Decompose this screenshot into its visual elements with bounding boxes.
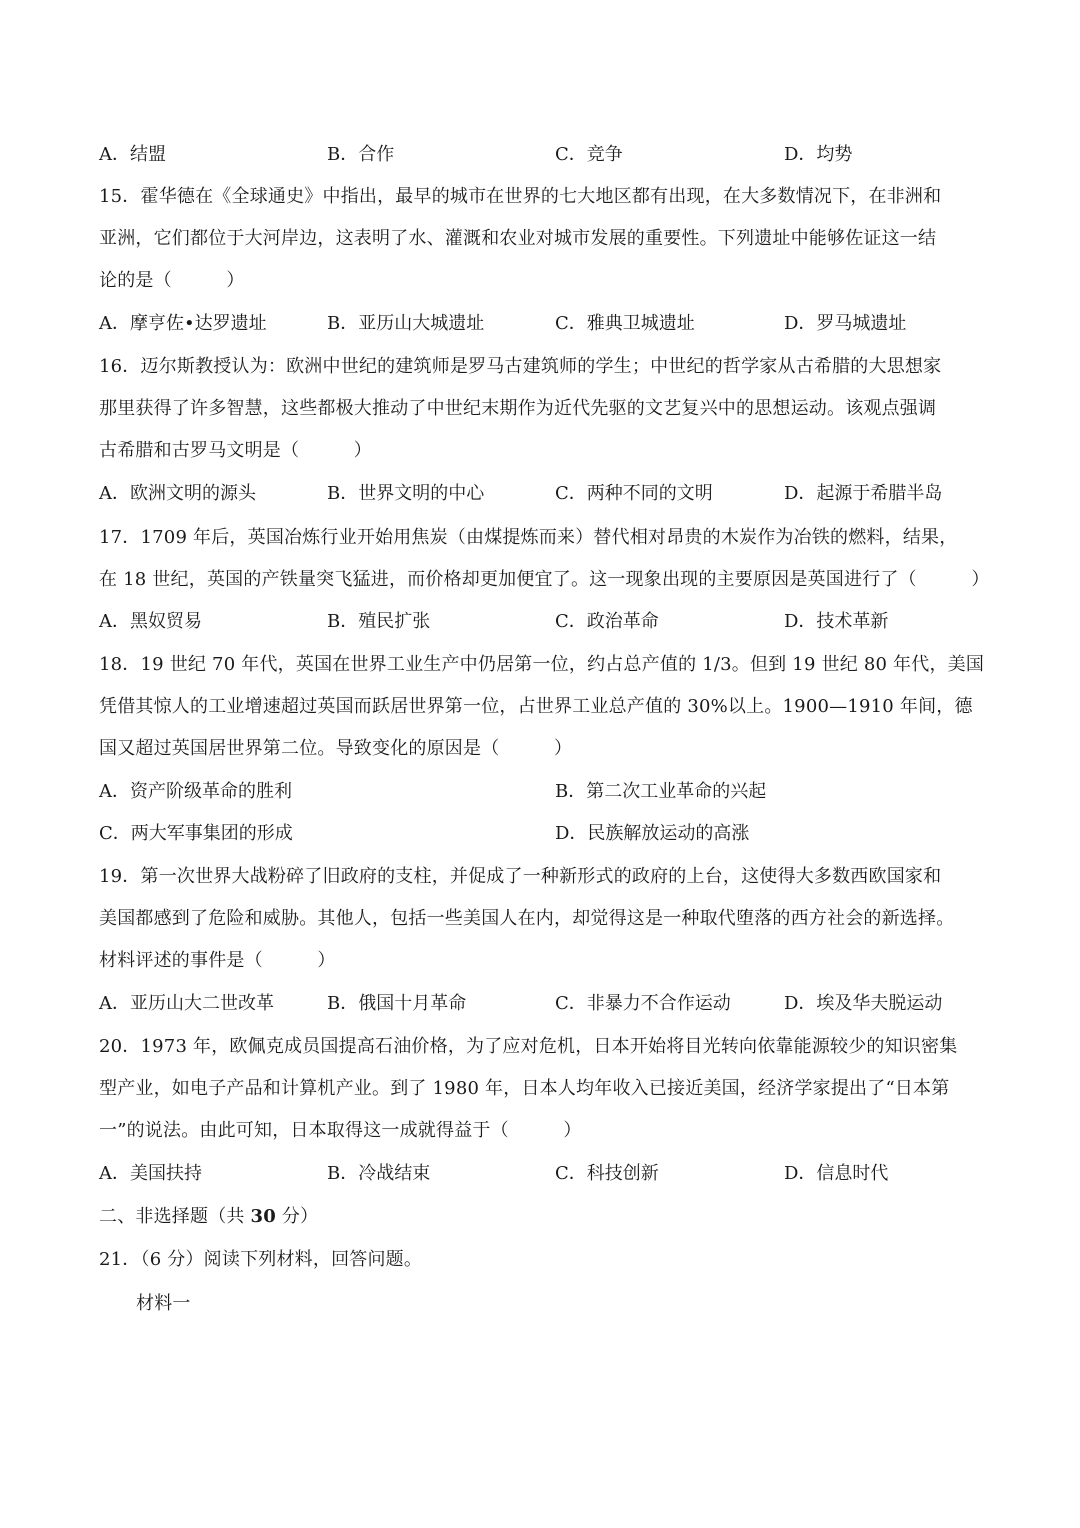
q15-stem-line: 15．霍华德在《全球通史》中指出，最早的城市在世界的七大地区都有出现，在大多数情…: [99, 185, 941, 209]
q20-stem-line: 20．1973 年，欧佩克成员国提高石油价格，为了应对危机，日本开始将目光转向依…: [99, 1035, 957, 1059]
q17-option-b: B．殖民扩张: [327, 610, 430, 634]
q16-option-d: D．起源于希腊半岛: [784, 482, 942, 506]
q14-option-b: B．合作: [327, 143, 394, 167]
q20-option-d: D．信息时代: [784, 1162, 888, 1186]
q17-option-d: D．技术革新: [784, 610, 888, 634]
q19-stem-line: 材料评述的事件是（ ）: [99, 949, 336, 973]
q21-material-label: 材料一: [136, 1292, 191, 1316]
q18-option-b: B．第二次工业革命的兴起: [555, 780, 766, 804]
q15-option-d: D．罗马城遗址: [784, 312, 906, 336]
q18-option-c: C．两大军事集团的形成: [99, 822, 293, 846]
q18-stem-line: 国又超过英国居世界第二位。导致变化的原因是（ ）: [99, 737, 572, 761]
exam-page: A．结盟 B．合作 C．竞争 D．均势 15．霍华德在《全球通史》中指出，最早的…: [0, 0, 1080, 1528]
q21-stem: 21．（6 分）阅读下列材料，回答问题。: [99, 1248, 422, 1272]
q17-stem-line: 17．1709 年后，英国冶炼行业开始用焦炭（由煤提炼而来）替代相对昂贵的木炭作…: [99, 526, 957, 550]
q14-option-a: A．结盟: [99, 143, 166, 167]
q20-stem-line: 一”的说法。由此可知，日本取得这一成就得益于（ ）: [99, 1119, 582, 1143]
q19-option-b: B．俄国十月革命: [327, 992, 466, 1016]
q17-stem-line: 在 18 世纪，英国的产铁量突飞猛进，而价格却更加便宜了。这一现象出现的主要原因…: [99, 568, 990, 592]
q17-option-a: A．黑奴贸易: [99, 610, 202, 634]
q19-option-a: A．亚历山大二世改革: [99, 992, 274, 1016]
q16-stem-line: 古希腊和古罗马文明是（ ）: [99, 439, 372, 463]
q16-option-a: A．欧洲文明的源头: [99, 482, 256, 506]
section-2-title-suffix: 分）: [276, 1206, 318, 1227]
q14-option-c: C．竞争: [555, 143, 623, 167]
q18-stem-line: 凭借其惊人的工业增速超过英国而跃居世界第一位，占世界工业总产值的 30%以上。1…: [99, 695, 973, 719]
q17-option-c: C．政治革命: [555, 610, 659, 634]
section-2-heading: 二、非选择题（共 30 分）: [99, 1205, 318, 1229]
q18-option-a: A．资产阶级革命的胜利: [99, 780, 292, 804]
q19-option-d: D．埃及华夫脱运动: [784, 992, 942, 1016]
q16-stem-line: 那里获得了许多智慧，这些都极大推动了中世纪末期作为近代先驱的文艺复兴中的思想运动…: [99, 397, 936, 421]
q19-stem-line: 19．第一次世界大战粉碎了旧政府的支柱，并促成了一种新形式的政府的上台，这使得大…: [99, 865, 941, 889]
q20-stem-line: 型产业，如电子产品和计算机产业。到了 1980 年，日本人均年收入已接近美国，经…: [99, 1077, 949, 1101]
section-2-title-prefix: 二、非选择题（共: [99, 1206, 251, 1227]
q20-option-c: C．科技创新: [555, 1162, 659, 1186]
q14-option-d: D．均势: [784, 143, 852, 167]
q18-option-d: D．民族解放运动的高涨: [555, 822, 749, 846]
q18-stem-line: 18．19 世纪 70 年代，英国在世界工业生产中仍居第一位，约占总产值的 1/…: [99, 653, 984, 677]
q16-option-b: B．世界文明的中心: [327, 482, 484, 506]
q19-stem-line: 美国都感到了危险和威胁。其他人，包括一些美国人在内，却觉得这是一种取代堕落的西方…: [99, 907, 954, 931]
q19-option-c: C．非暴力不合作运动: [555, 992, 731, 1016]
q16-option-c: C．两种不同的文明: [555, 482, 713, 506]
q15-option-a: A．摩亨佐•达罗遗址: [99, 312, 267, 336]
q15-option-c: C．雅典卫城遗址: [555, 312, 695, 336]
section-2-points: 30: [251, 1206, 276, 1227]
q15-stem-line: 论的是（ ）: [99, 269, 245, 293]
q15-stem-line: 亚洲，它们都位于大河岸边，这表明了水、灌溉和农业对城市发展的重要性。下列遗址中能…: [99, 227, 936, 251]
q20-option-a: A．美国扶持: [99, 1162, 202, 1186]
q20-option-b: B．冷战结束: [327, 1162, 430, 1186]
q16-stem-line: 16．迈尔斯教授认为：欧洲中世纪的建筑师是罗马古建筑师的学生；中世纪的哲学家从古…: [99, 355, 941, 379]
q15-option-b: B．亚历山大城遗址: [327, 312, 484, 336]
